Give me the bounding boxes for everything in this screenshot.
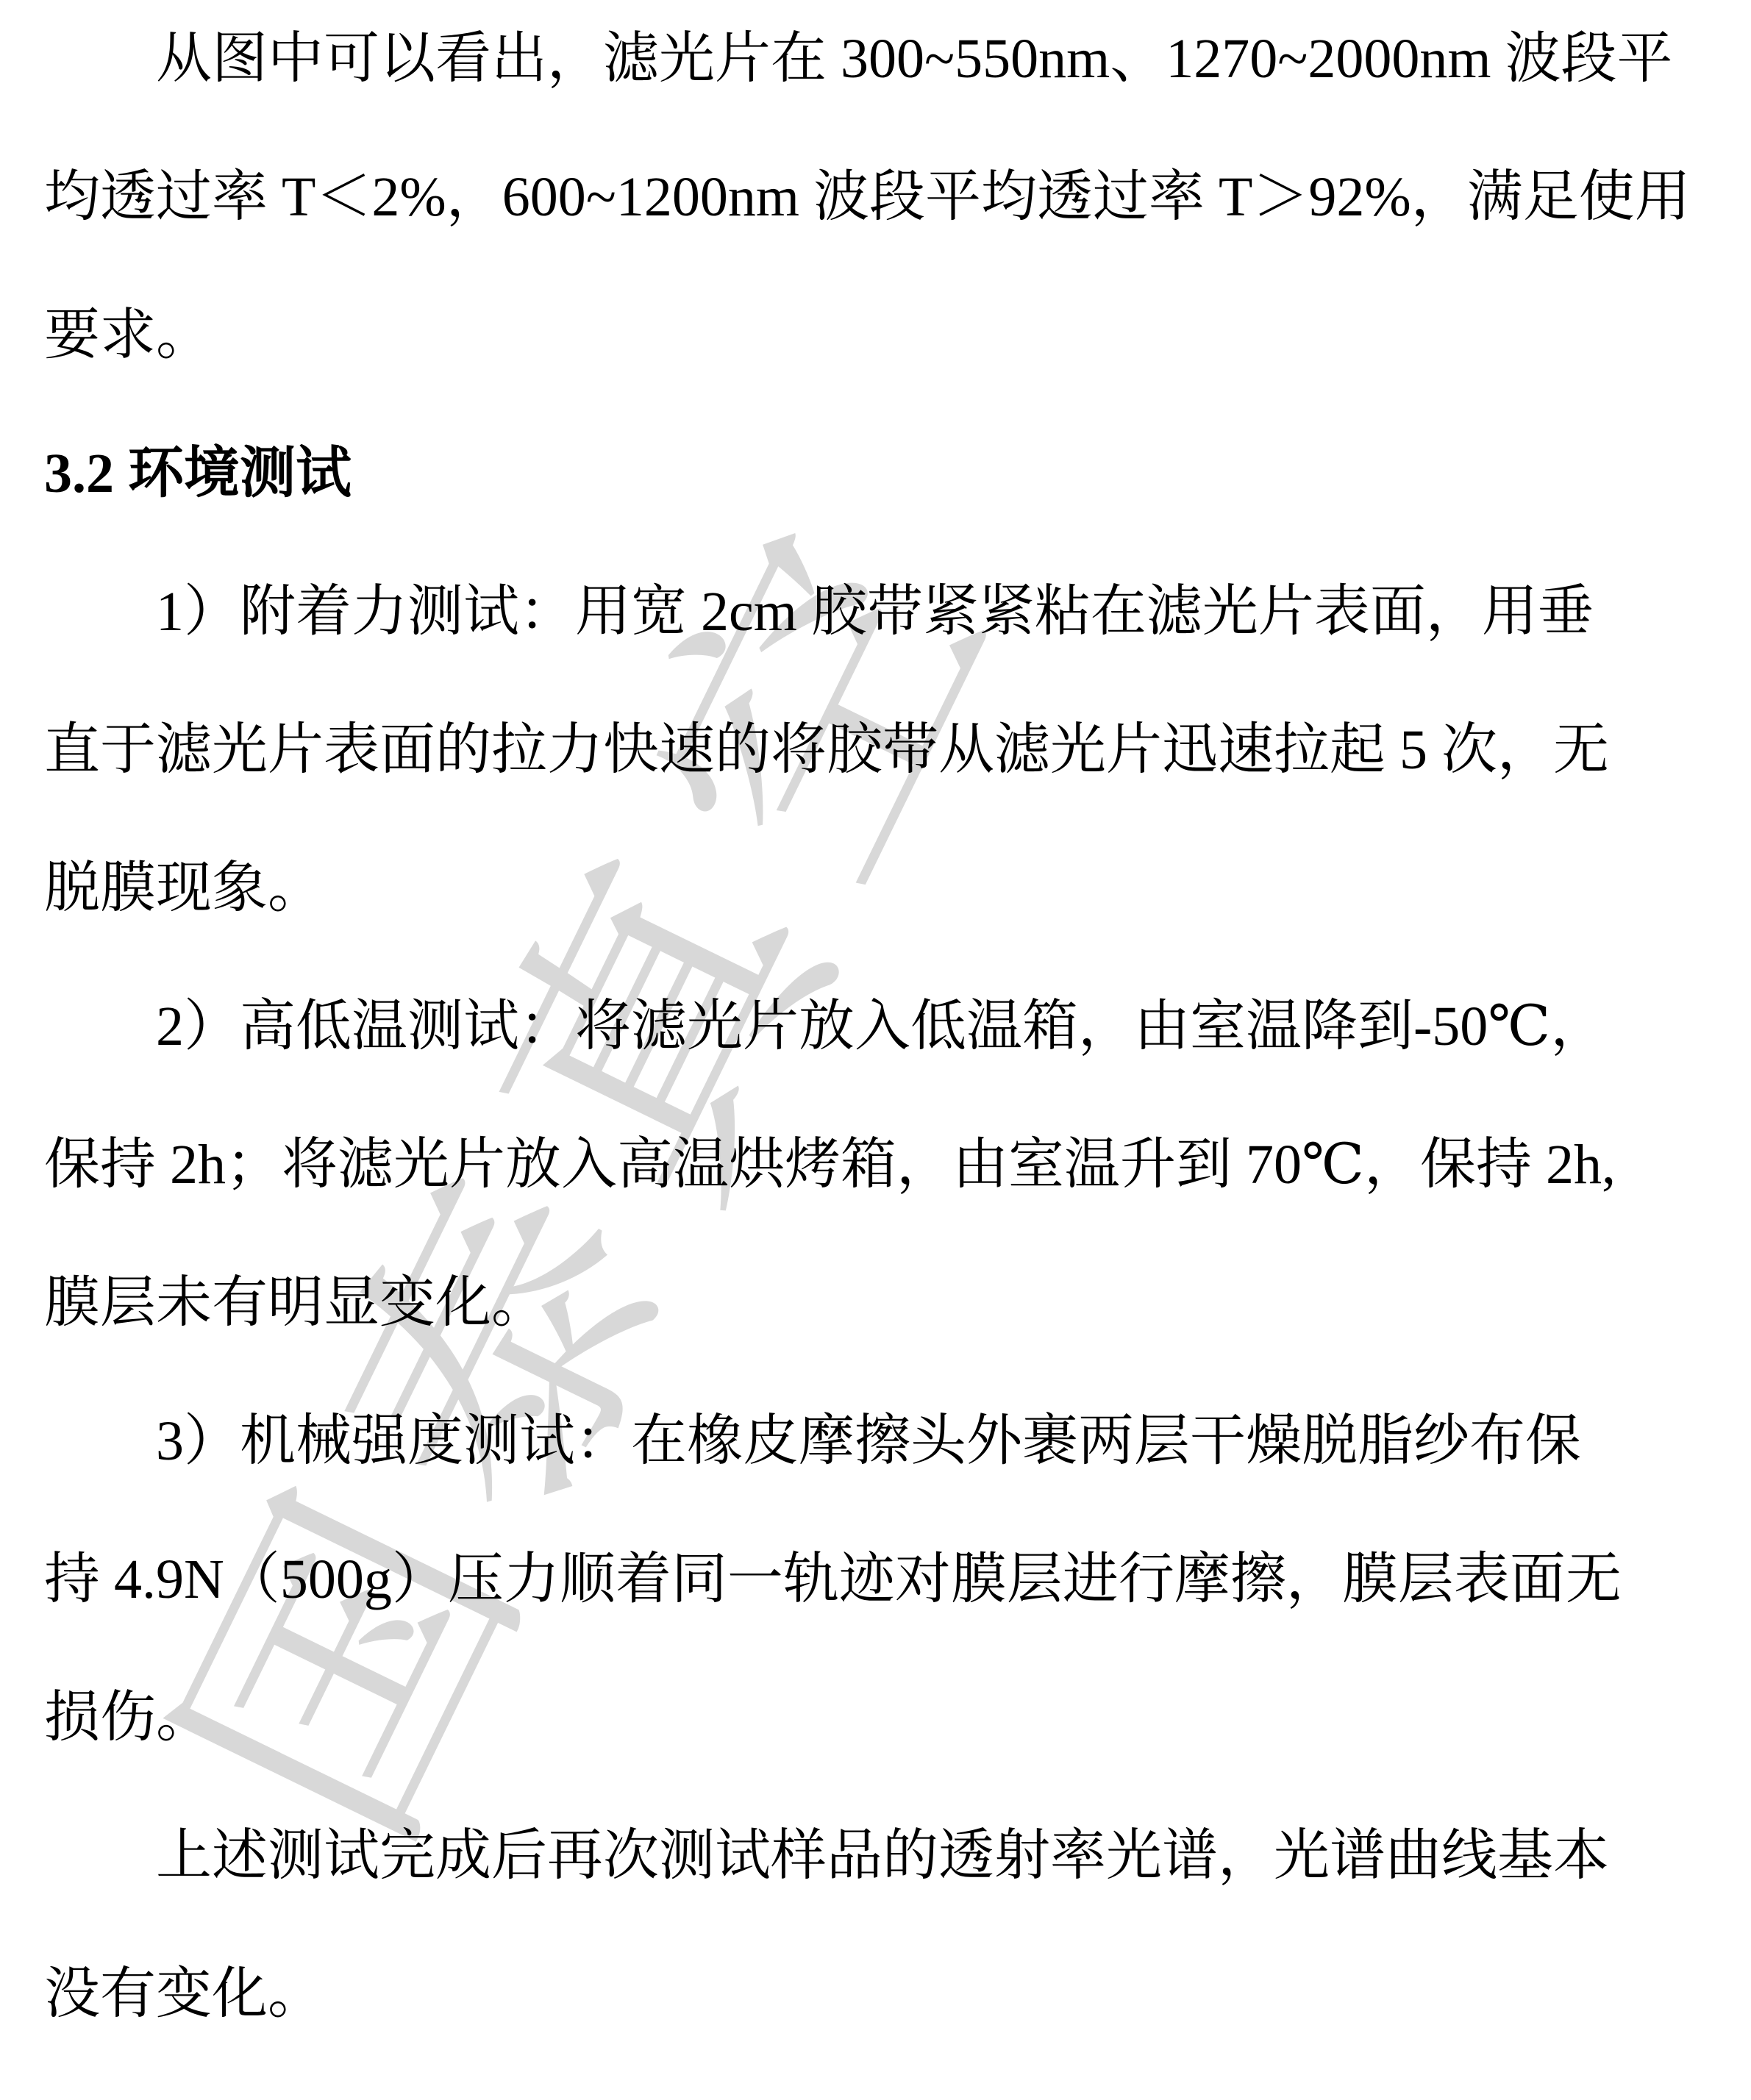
document-page: 国泰真空 从图中可以看出，滤光片在 300~550nm、1270~2000nm … — [0, 0, 1751, 2100]
text-line: 没有变化。 — [44, 1925, 1707, 2063]
text-line: 脱膜现象。 — [44, 819, 1707, 957]
section-heading: 3.2 环境测试 — [44, 404, 1707, 543]
text-line: 2）高低温测试：将滤光片放入低温箱，由室温降到-50℃， — [44, 957, 1707, 1096]
text-line: 膜层未有明显变化。 — [44, 1234, 1707, 1372]
text-line: 从图中可以看出，滤光片在 300~550nm、1270~2000nm 波段平 — [44, 0, 1707, 128]
text-line: 要求。 — [44, 266, 1707, 404]
text-line: 上述测试完成后再次测试样品的透射率光谱，光谱曲线基本 — [44, 1787, 1707, 1925]
text-line: 直于滤光片表面的拉力快速的将胶带从滤光片迅速拉起 5 次，无 — [44, 681, 1707, 819]
document-content: 从图中可以看出，滤光片在 300~550nm、1270~2000nm 波段平均透… — [0, 0, 1751, 2063]
text-line: 持 4.9N（500g）压力顺着同一轨迹对膜层进行摩擦，膜层表面无 — [44, 1510, 1707, 1649]
text-line: 均透过率 T＜2%，600~1200nm 波段平均透过率 T＞92%，满足使用 — [44, 128, 1707, 266]
text-line: 保持 2h；将滤光片放入高温烘烤箱，由室温升到 70℃，保持 2h, — [44, 1096, 1707, 1234]
text-line: 1）附着力测试：用宽 2cm 胶带紧紧粘在滤光片表面，用垂 — [44, 543, 1707, 681]
text-line: 3）机械强度测试：在橡皮摩擦头外裹两层干燥脱脂纱布保 — [44, 1372, 1707, 1510]
text-line: 损伤。 — [44, 1649, 1707, 1787]
